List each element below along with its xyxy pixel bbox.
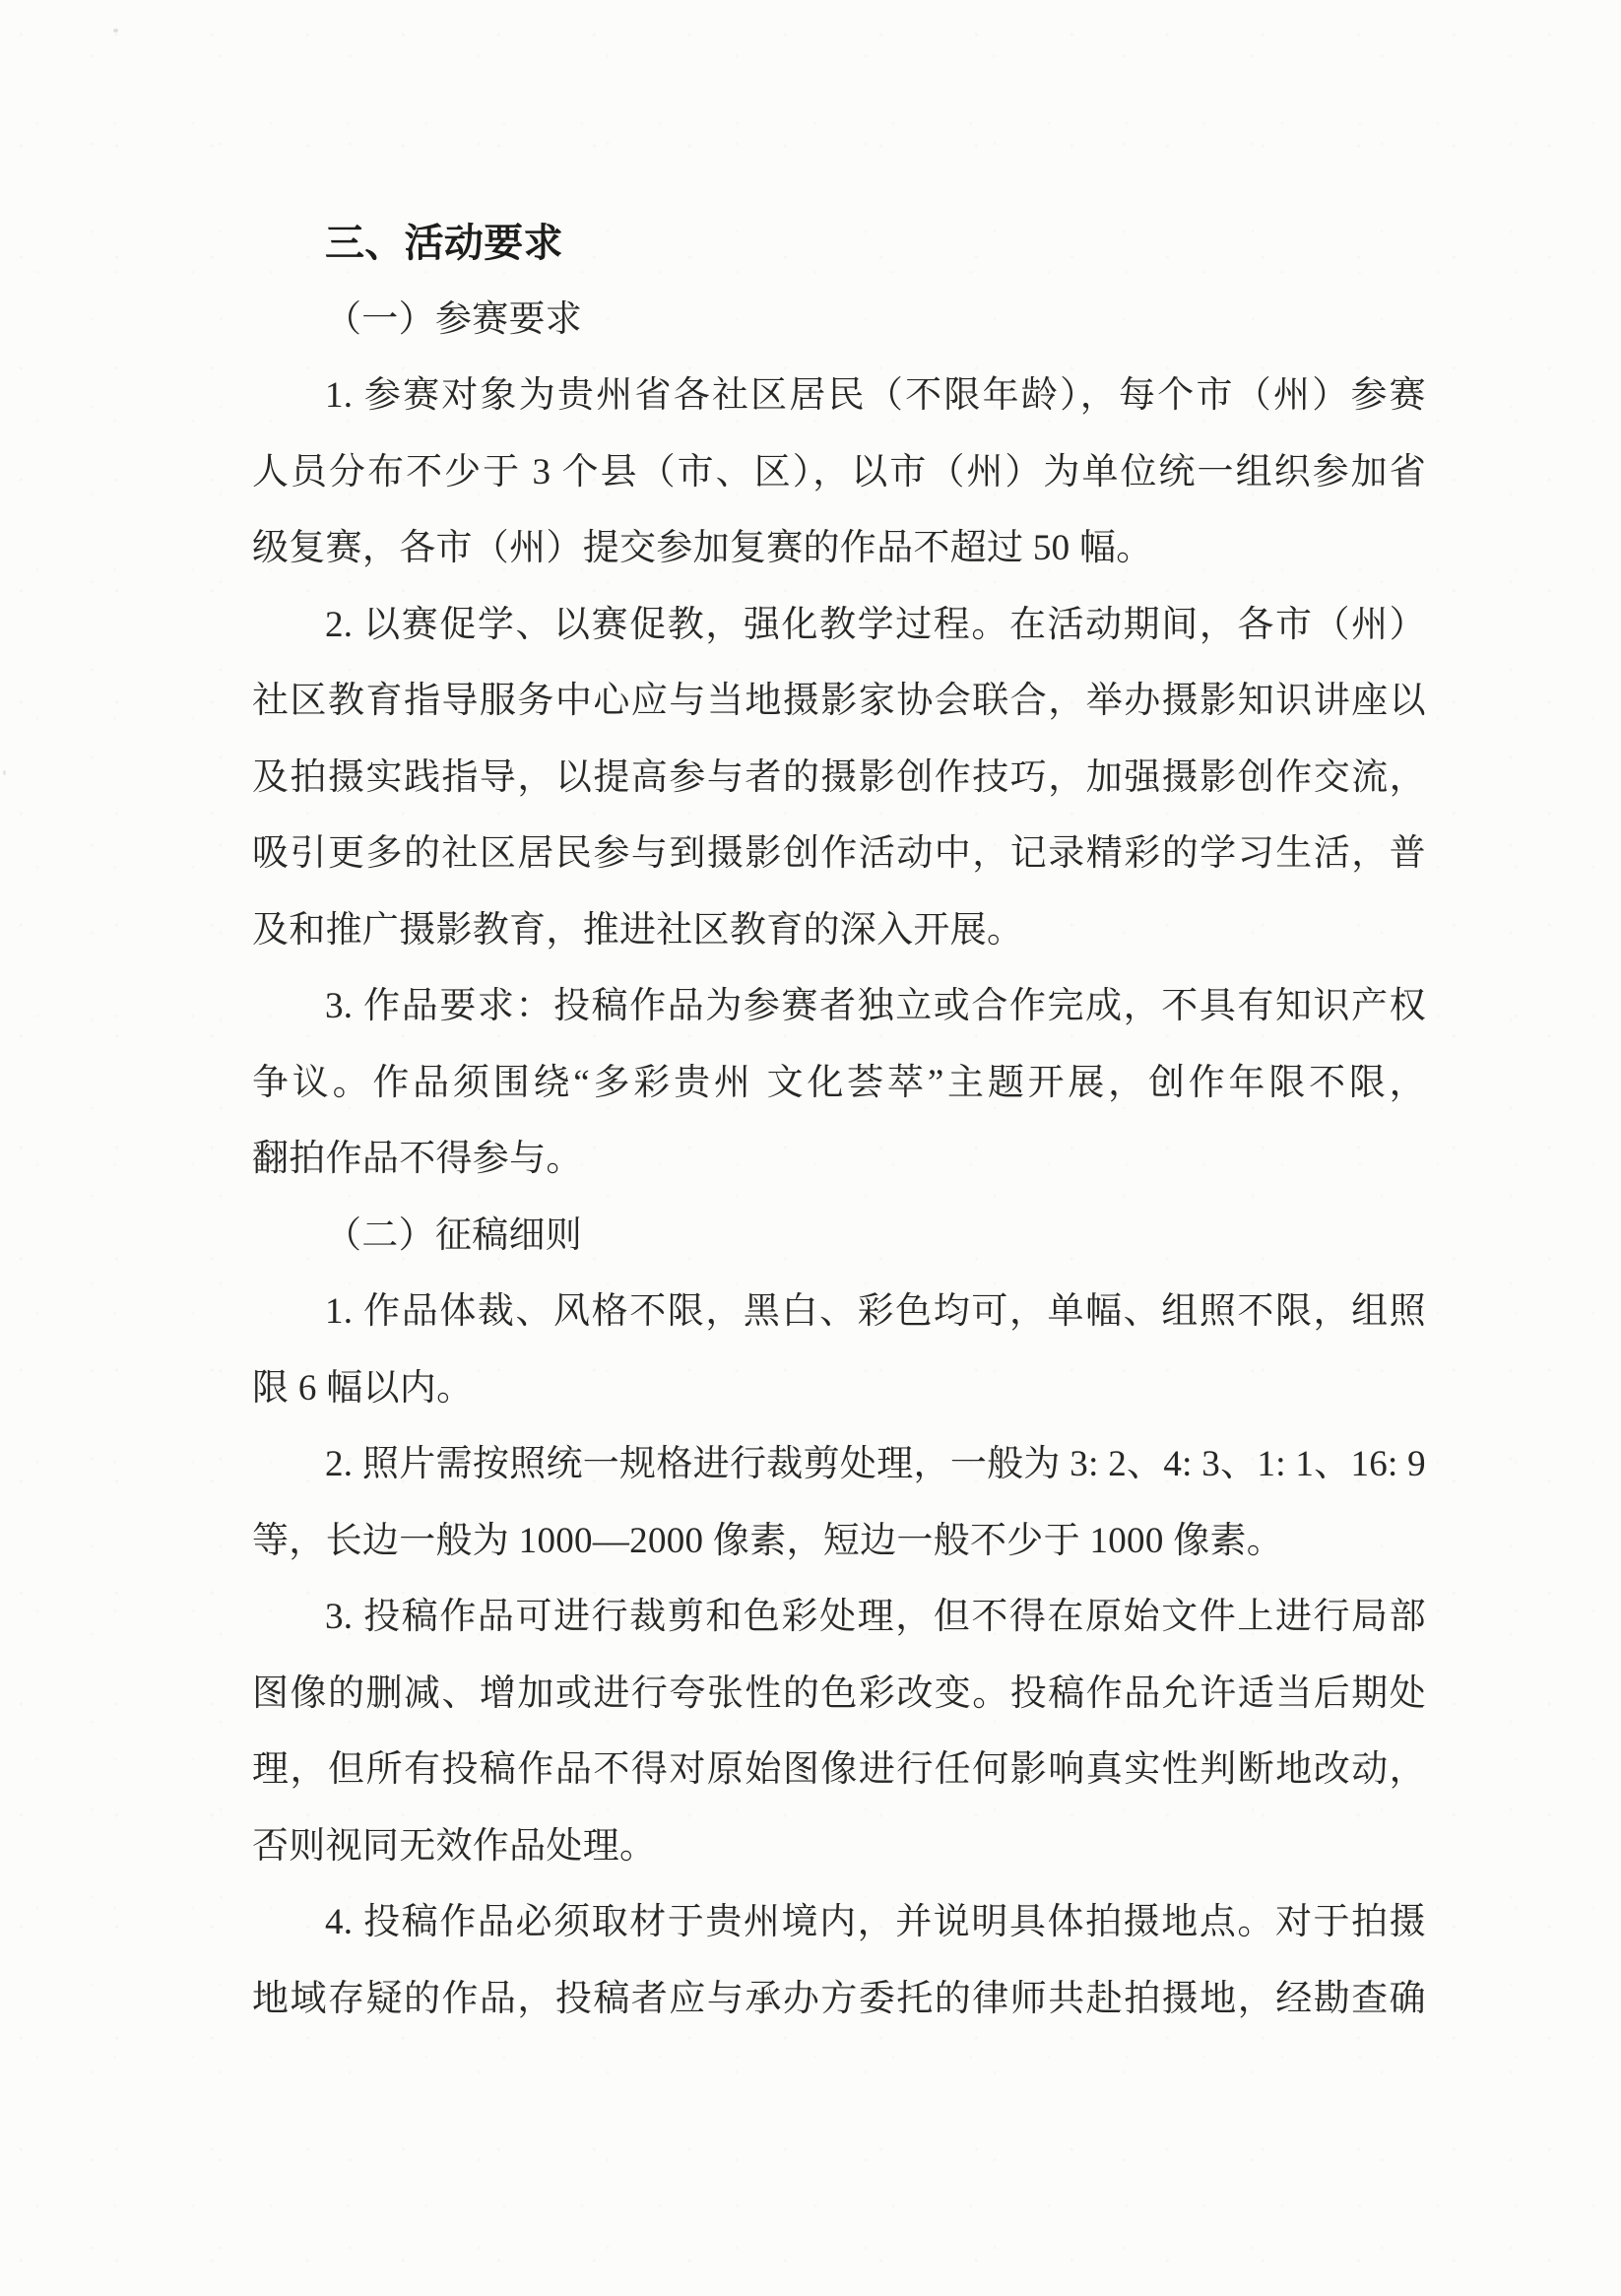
- subsection-heading: （一）参赛要求: [252, 282, 1426, 359]
- text-line: 1. 作品体裁、风格不限，黑白、彩色均可，单幅、组照不限，组照: [252, 1274, 1426, 1350]
- text-line: 4. 投稿作品必须取材于贵州境内，并说明具体拍摄地点。对于拍摄: [252, 1884, 1426, 1961]
- text-line: 图像的删减、增加或进行夸张性的色彩改变。投稿作品允许适当后期处: [252, 1656, 1426, 1733]
- subsection-heading: （二）征稿细则: [252, 1198, 1426, 1275]
- text-line: 1. 参赛对象为贵州省各社区居民（不限年龄），每个市（州）参赛: [252, 358, 1426, 434]
- text-line: 地域存疑的作品，投稿者应与承办方委托的律师共赴拍摄地，经勘查确: [252, 1961, 1426, 2038]
- text-line: 3. 作品要求：投稿作品为参赛者独立或合作完成，不具有知识产权: [252, 968, 1426, 1045]
- text-line: 争议。作品须围绕“多彩贵州 文化荟萃”主题开展，创作年限不限，: [252, 1045, 1426, 1122]
- text-line: 人员分布不少于 3 个县（市、区），以市（州）为单位统一组织参加省: [252, 434, 1426, 511]
- text-line: 翻拍作品不得参与。: [252, 1121, 1426, 1198]
- scan-speck: [3, 770, 6, 775]
- document-body: 三、活动要求 （一）参赛要求 1. 参赛对象为贵州省各社区居民（不限年龄），每个…: [252, 205, 1426, 2037]
- text-line: 2. 以赛促学、以赛促教，强化教学过程。在活动期间，各市（州）: [252, 587, 1426, 664]
- text-line: 否则视同无效作品处理。: [252, 1808, 1426, 1885]
- text-line: 级复赛，各市（州）提交参加复赛的作品不超过 50 幅。: [252, 510, 1426, 587]
- text-line: 2. 照片需按照统一规格进行裁剪处理，一般为 3: 2、4: 3、1: 1、16…: [252, 1426, 1426, 1503]
- text-line: 吸引更多的社区居民参与到摄影创作活动中，记录精彩的学习生活，普: [252, 816, 1426, 892]
- text-line: 及和推广摄影教育，推进社区教育的深入开展。: [252, 892, 1426, 969]
- text-line: 限 6 幅以内。: [252, 1350, 1426, 1427]
- text-line: 社区教育指导服务中心应与当地摄影家协会联合，举办摄影知识讲座以: [252, 663, 1426, 740]
- section-heading: 三、活动要求: [252, 205, 1426, 282]
- text-line: 等，长边一般为 1000—2000 像素，短边一般不少于 1000 像素。: [252, 1503, 1426, 1580]
- text-line: 3. 投稿作品可进行裁剪和色彩处理，但不得在原始文件上进行局部: [252, 1579, 1426, 1656]
- text-line: 理，但所有投稿作品不得对原始图像进行任何影响真实性判断地改动，: [252, 1732, 1426, 1808]
- scanned-document-page: 三、活动要求 （一）参赛要求 1. 参赛对象为贵州省各社区居民（不限年龄），每个…: [0, 0, 1621, 2296]
- scan-speck: [113, 29, 118, 33]
- text-line: 及拍摄实践指导，以提高参与者的摄影创作技巧，加强摄影创作交流，: [252, 740, 1426, 817]
